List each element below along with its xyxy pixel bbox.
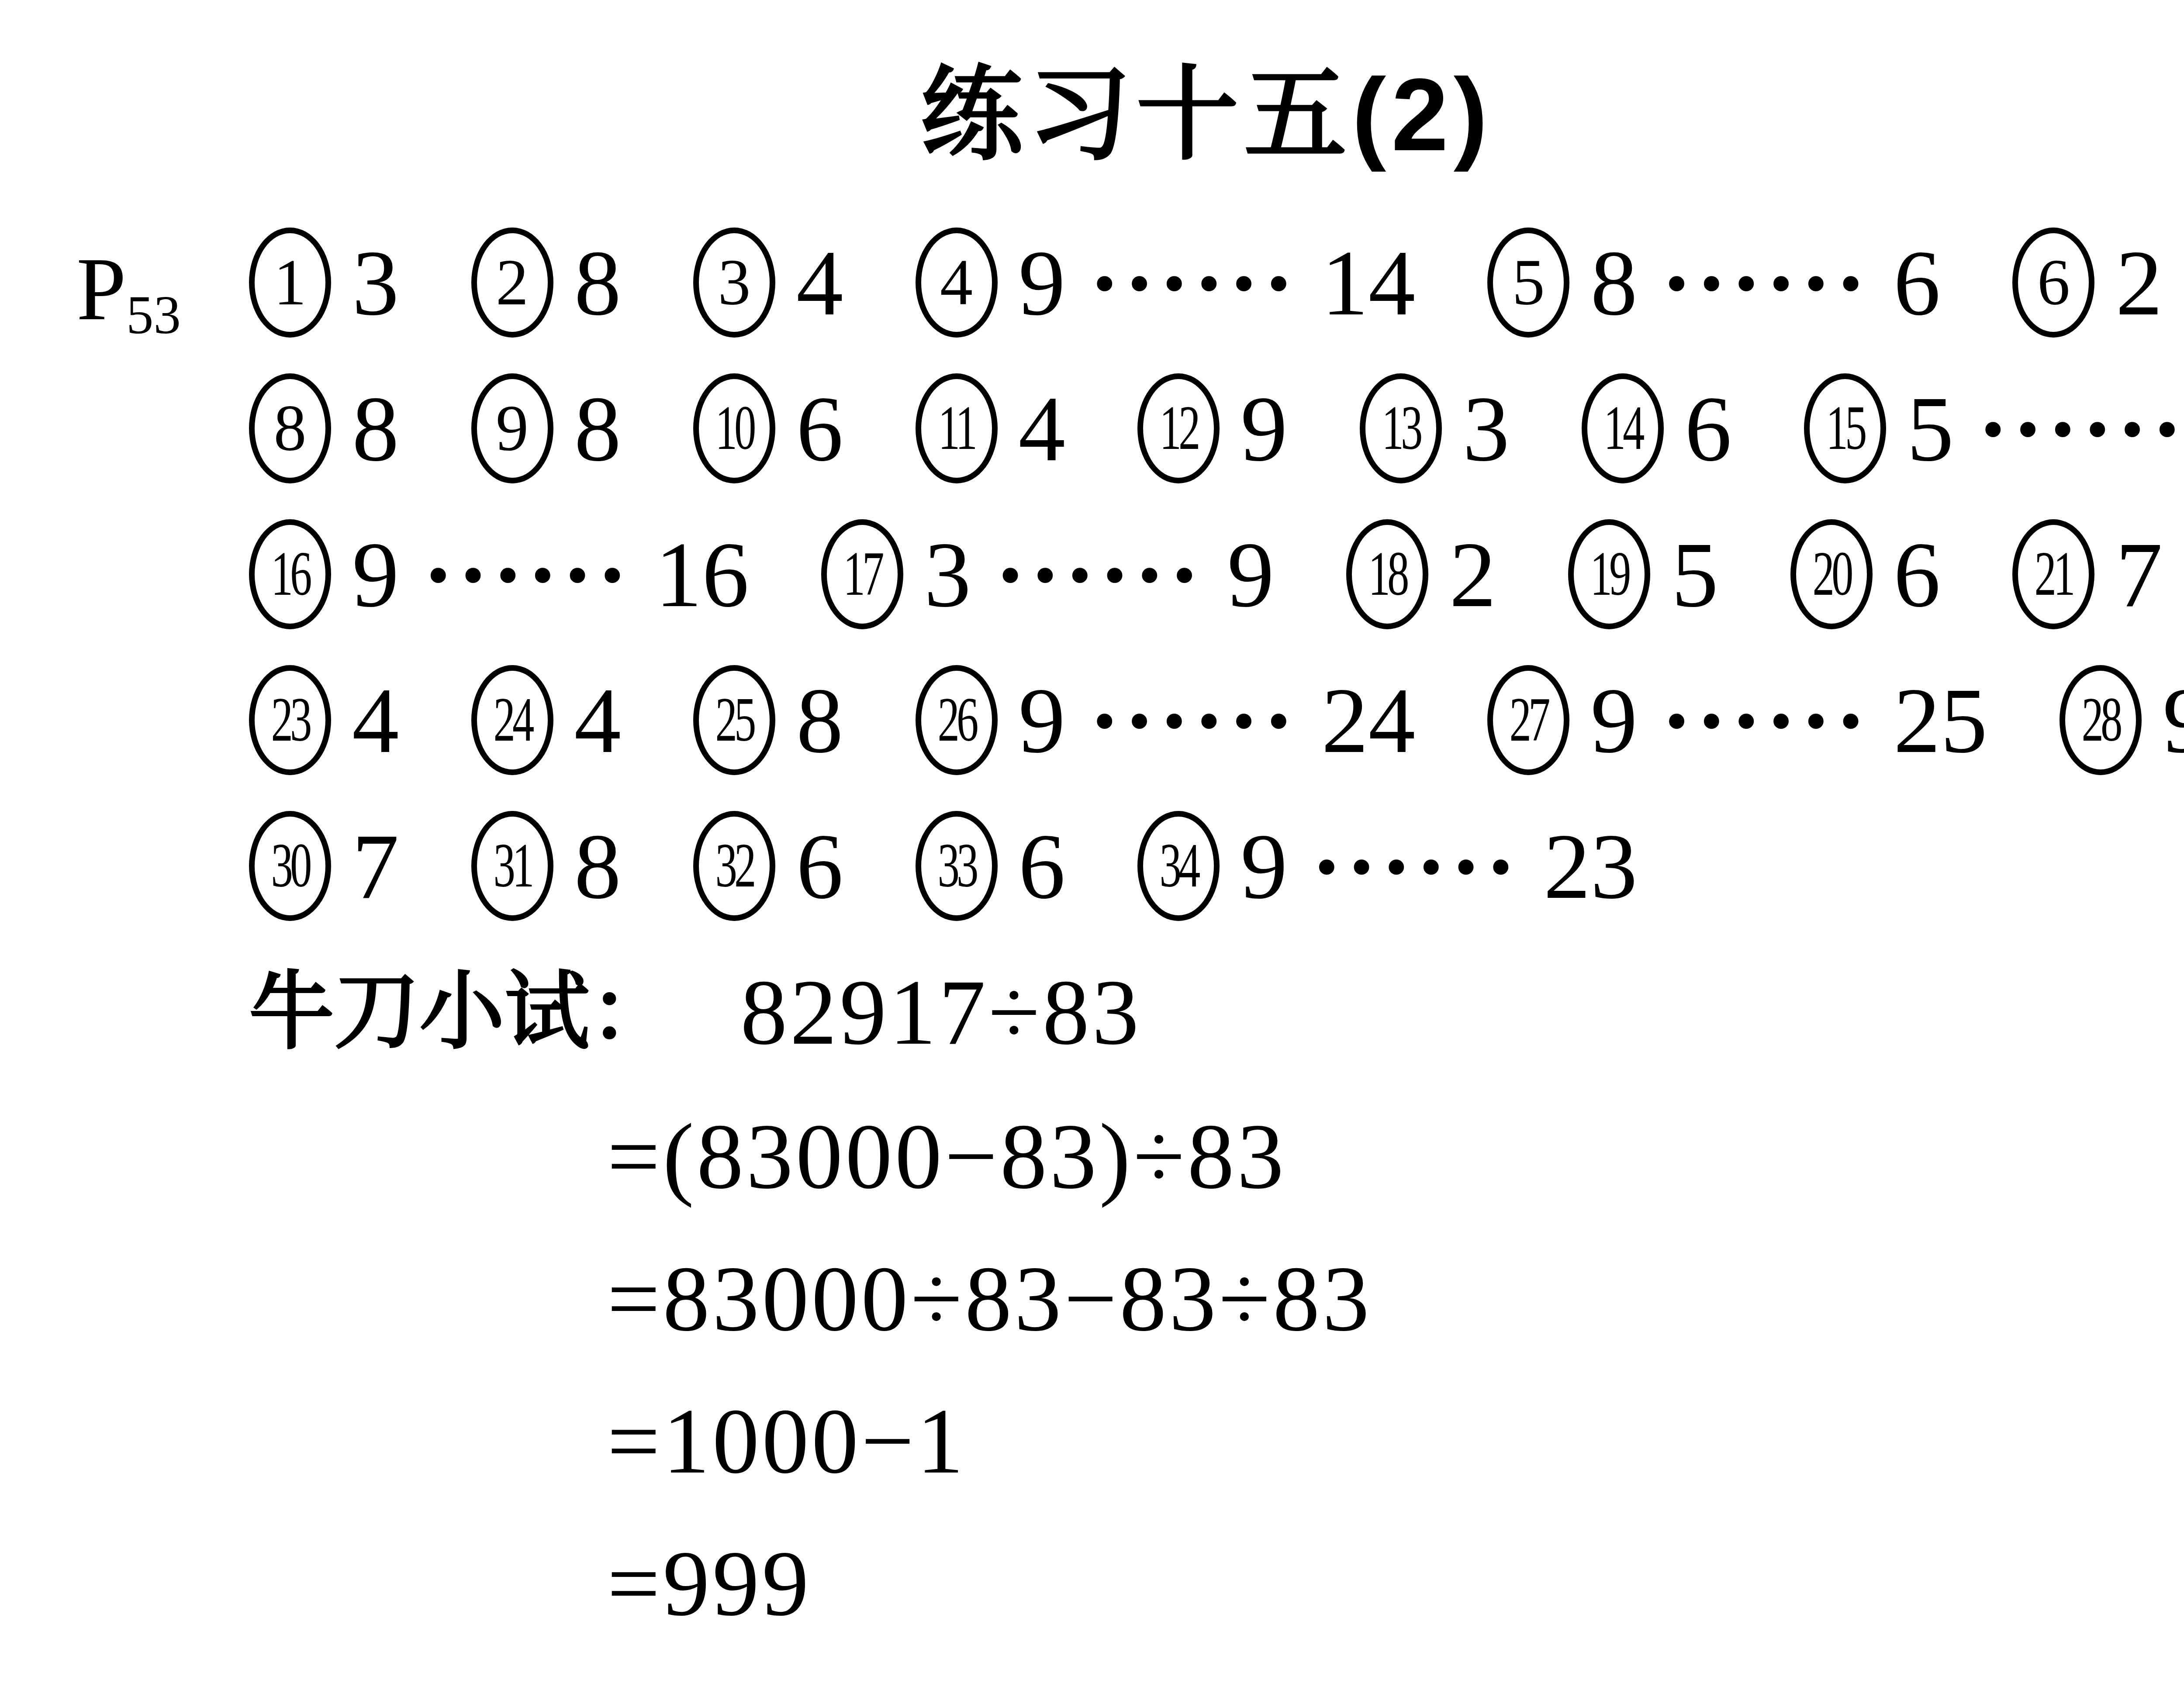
circled-number-text: 19 [1590,543,1628,606]
answer-value: 6 [796,819,843,913]
answer-item: 98 [471,373,622,483]
remainder-dots: ······ [1089,236,1298,330]
circled-number-text: 5 [1512,250,1545,315]
answer-value: 7 [352,819,399,913]
circled-number-text: 10 [715,397,753,460]
circled-number-text: 2 [496,250,529,315]
worked-step: =83000÷83−83÷83 [249,1227,2184,1369]
circled-number: 4 [916,228,998,338]
circled-number: 27 [1487,665,1569,775]
answer-value: 9 [1019,236,1066,330]
answer-value: 2 [2115,236,2163,330]
remainder-value: 9 [1227,528,1274,621]
circled-number: 1 [249,228,331,338]
answer-row: 8898106114129133146155······42 [249,355,2184,501]
circled-number-text: 27 [1510,689,1548,752]
page-ref: P 53 [76,216,181,362]
answer-item: 279······25 [1487,665,1987,775]
circled-number: 28 [2060,665,2142,775]
circled-number-text: 16 [271,543,309,606]
answer-value: 8 [1590,236,1638,330]
circled-number-text: 26 [937,689,975,752]
answer-item: 114 [916,373,1066,483]
page-ref-subscript: 53 [126,288,181,343]
circled-number-text: 34 [1160,835,1198,897]
circled-number: 15 [1804,373,1886,483]
worked-step: =999 [249,1512,2184,1654]
circled-number: 11 [916,373,998,483]
answer-item: 13 [249,228,399,338]
circled-number-text: 28 [2082,689,2120,752]
remainder-dots: ······ [1089,673,1298,767]
answer-value: 6 [1894,528,1941,621]
remainder-dots: ······ [1661,673,1870,767]
remainder-value: 6 [1894,236,1941,330]
answer-row: 234244258269······24279······25289298 [249,647,2184,793]
page-ref-base: P [76,245,126,334]
page-title: 练习十五(2) [0,33,2184,180]
answer-value: 6 [796,382,843,476]
circled-number: 25 [693,665,775,775]
circled-number-text: 21 [2035,543,2073,606]
circled-number-text: 8 [274,396,307,461]
remainder-value: 24 [1321,673,1415,767]
circled-number: 14 [1582,373,1664,483]
worked-example-row: 牛刀小试： 82917÷83 [249,939,2184,1085]
content-area: 13283449······1458······6627488981061141… [249,210,2184,1654]
answer-value: 9 [1241,819,1288,913]
answer-item: 234 [249,665,399,775]
remainder-value: 16 [655,528,749,621]
circled-number-text: 9 [496,396,529,461]
circled-number: 10 [693,373,775,483]
answer-value: 9 [1590,673,1638,767]
answer-value: 8 [574,236,622,330]
circled-number: 24 [471,665,553,775]
circled-number: 9 [471,373,553,483]
worked-step: =(83000−83)÷83 [249,1085,2184,1227]
circled-number-text: 3 [718,250,751,315]
circled-number: 19 [1568,519,1650,629]
answer-value: 6 [1685,382,1732,476]
answer-value: 5 [1907,382,1954,476]
circled-number: 30 [249,811,331,921]
answer-item: 318 [471,811,622,921]
answer-item: 326 [693,811,843,921]
circled-number-text: 14 [1604,397,1642,460]
circled-number-text: 6 [2037,250,2070,315]
answer-item: 169······16 [249,519,749,629]
answer-value: 5 [1671,528,1718,621]
circled-number: 23 [249,665,331,775]
answer-item: 106 [693,373,843,483]
circled-number: 34 [1137,811,1220,921]
answer-value: 9 [352,528,399,621]
answer-item: 28 [471,228,622,338]
answer-row: 307318326336349······23 [249,793,2184,939]
remainder-dots: ······ [995,528,1203,621]
circled-number-text: 15 [1826,397,1864,460]
circled-number-text: 13 [1382,397,1420,460]
answer-item: 133 [1360,373,1510,483]
worked-example-problem: 82917÷83 [740,965,1142,1059]
answer-item: 206 [1790,519,1941,629]
answer-row: 169······16173······9182195206217229 [249,501,2184,647]
circled-number-text: 23 [271,689,309,752]
answer-item: 146 [1582,373,1732,483]
answer-item: 58······6 [1487,228,1940,338]
circled-number: 16 [249,519,331,629]
circled-number: 31 [471,811,553,921]
circled-number: 5 [1487,228,1569,338]
answer-value: 6 [1019,819,1066,913]
circled-number-text: 20 [1813,543,1851,606]
answer-item: 62 [2012,228,2163,338]
answer-value: 2 [1449,528,1496,621]
circled-number-text: 12 [1160,397,1198,460]
answer-item: 307 [249,811,399,921]
circled-number: 26 [916,665,998,775]
circled-number: 3 [693,228,775,338]
answers-section: 13283449······1458······6627488981061141… [249,210,2184,939]
circled-number: 6 [2012,228,2094,338]
worked-steps: =(83000−83)÷83=83000÷83−83÷83=1000−1=999 [249,1085,2184,1654]
answer-item: 129 [1137,373,1288,483]
answer-item: 349······23 [1137,811,1638,921]
answer-value: 3 [1463,382,1510,476]
answer-item: 34 [693,228,843,338]
circled-number: 20 [1790,519,1873,629]
worked-step: =1000−1 [249,1369,2184,1512]
answer-value: 7 [2115,528,2163,621]
answer-item: 173······9 [821,519,1274,629]
remainder-value: 23 [1544,819,1638,913]
answer-item: 49······14 [916,228,1416,338]
circled-number: 13 [1360,373,1442,483]
circled-number-text: 11 [938,397,975,460]
circled-number: 12 [1137,373,1220,483]
remainder-dots: ······ [1977,382,2184,476]
remainder-value: 14 [1321,236,1415,330]
answer-item: 289 [2060,665,2184,775]
answer-item: 336 [916,811,1066,921]
circled-number: 2 [471,228,553,338]
answer-value: 9 [1019,673,1066,767]
remainder-value: 25 [1894,673,1987,767]
answer-value: 4 [574,673,622,767]
answer-value: 4 [352,673,399,767]
answer-item: 269······24 [916,665,1416,775]
answer-item: 182 [1346,519,1496,629]
remainder-dots: ······ [1311,819,1520,913]
answer-value: 9 [1241,382,1288,476]
circled-number-text: 31 [493,835,531,897]
answer-value: 8 [574,819,622,913]
circled-number-text: 33 [937,835,975,897]
remainder-dots: ······ [1661,236,1870,330]
circled-number-text: 4 [940,250,973,315]
circled-number-text: 17 [843,543,881,606]
answer-item: 195 [1568,519,1718,629]
answer-item: 155······42 [1804,373,2184,483]
circled-number-text: 30 [271,835,309,897]
answer-item: 88 [249,373,399,483]
answer-value: 4 [796,236,843,330]
circled-number: 21 [2012,519,2094,629]
answer-value: 8 [796,673,843,767]
answer-item: 258 [693,665,843,775]
circled-number-text: 24 [493,689,531,752]
answer-value: 8 [352,382,399,476]
circled-number: 18 [1346,519,1428,629]
answer-value: 8 [574,382,622,476]
remainder-dots: ······ [423,528,632,621]
worked-example-label: 牛刀小试： [249,969,675,1055]
circled-number-text: 25 [715,689,753,752]
answer-value: 9 [2163,673,2184,767]
answer-row: 13283449······1458······66274 [249,210,2184,355]
circled-number-text: 1 [274,250,307,315]
circled-number-text: 32 [715,835,753,897]
answer-value: 3 [924,528,971,621]
circled-number-text: 18 [1368,543,1406,606]
answer-item: 217 [2012,519,2163,629]
answer-value: 4 [1019,382,1066,476]
circled-number: 32 [693,811,775,921]
answer-item: 244 [471,665,622,775]
circled-number: 8 [249,373,331,483]
answer-value: 3 [352,236,399,330]
circled-number: 33 [916,811,998,921]
circled-number: 17 [821,519,903,629]
